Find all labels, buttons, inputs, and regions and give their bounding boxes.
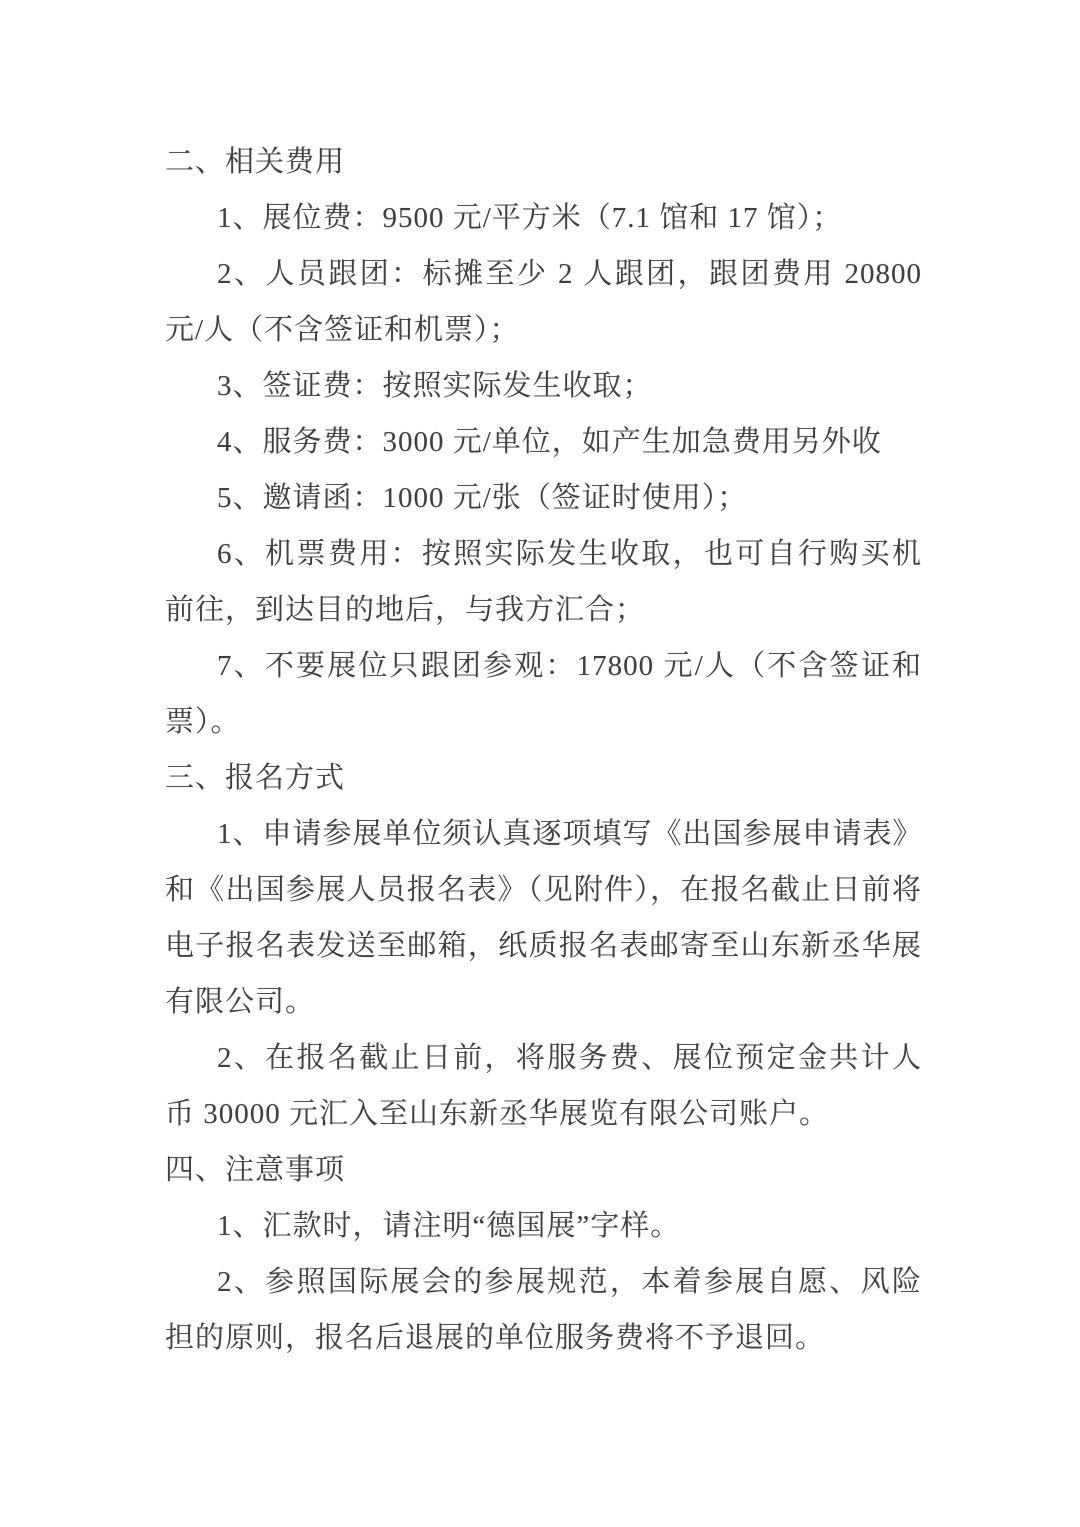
fee-item-visit-only-1: 7、不要展位只跟团参观：17800 元/人（不含签证和机 <box>165 638 922 694</box>
fee-item-airfare-1: 6、机票费用：按照实际发生收取，也可自行购买机票 <box>165 526 922 582</box>
fee-item-booth: 1、展位费：9500 元/平方米（7.1 馆和 17 馆）； <box>165 190 922 246</box>
fee-item-group-2: 元/人（不含签证和机票）； <box>165 302 922 358</box>
note-item-refund-line-2: 担的原则，报名后退展的单位服务费将不予退回。 <box>165 1310 922 1366</box>
fee-item-service: 4、服务费：3000 元/单位，如产生加急费用另外收取； <box>165 414 922 470</box>
fee-item-invitation: 5、邀请函：1000 元/张（签证时使用）； <box>165 470 922 526</box>
document-page: 二、相关费用 1、展位费：9500 元/平方米（7.1 馆和 17 馆）； 2、… <box>0 0 1080 1527</box>
signup-item-1-line-4: 有限公司。 <box>165 974 922 1030</box>
note-item-remittance: 1、汇款时，请注明“德国展”字样。 <box>165 1198 922 1254</box>
fee-item-visit-only-2: 票）。 <box>165 694 922 750</box>
section-heading-signup: 三、报名方式 <box>165 750 922 806</box>
fee-item-airfare-2: 前往，到达目的地后，与我方汇合； <box>165 582 922 638</box>
section-heading-notes: 四、注意事项 <box>165 1142 922 1198</box>
signup-item-1-line-3: 电子报名表发送至邮箱，纸质报名表邮寄至山东新丞华展览 <box>165 918 922 974</box>
section-heading-fees: 二、相关费用 <box>165 134 922 190</box>
signup-item-1-line-2: 和《出国参展人员报名表》（见附件），在报名截止日前将 <box>165 862 922 918</box>
signup-item-2-line-1: 2、在报名截止日前，将服务费、展位预定金共计人民 <box>165 1030 922 1086</box>
signup-item-1-line-1: 1、申请参展单位须认真逐项填写《出国参展申请表》 <box>165 806 922 862</box>
fee-item-visa: 3、签证费：按照实际发生收取； <box>165 358 922 414</box>
note-item-refund-line-1: 2、参照国际展会的参展规范，本着参展自愿、风险共 <box>165 1254 922 1310</box>
signup-item-2-line-2: 币 30000 元汇入至山东新丞华展览有限公司账户。 <box>165 1086 922 1142</box>
fee-item-group-1: 2、人员跟团：标摊至少 2 人跟团，跟团费用 20800 <box>165 246 922 302</box>
